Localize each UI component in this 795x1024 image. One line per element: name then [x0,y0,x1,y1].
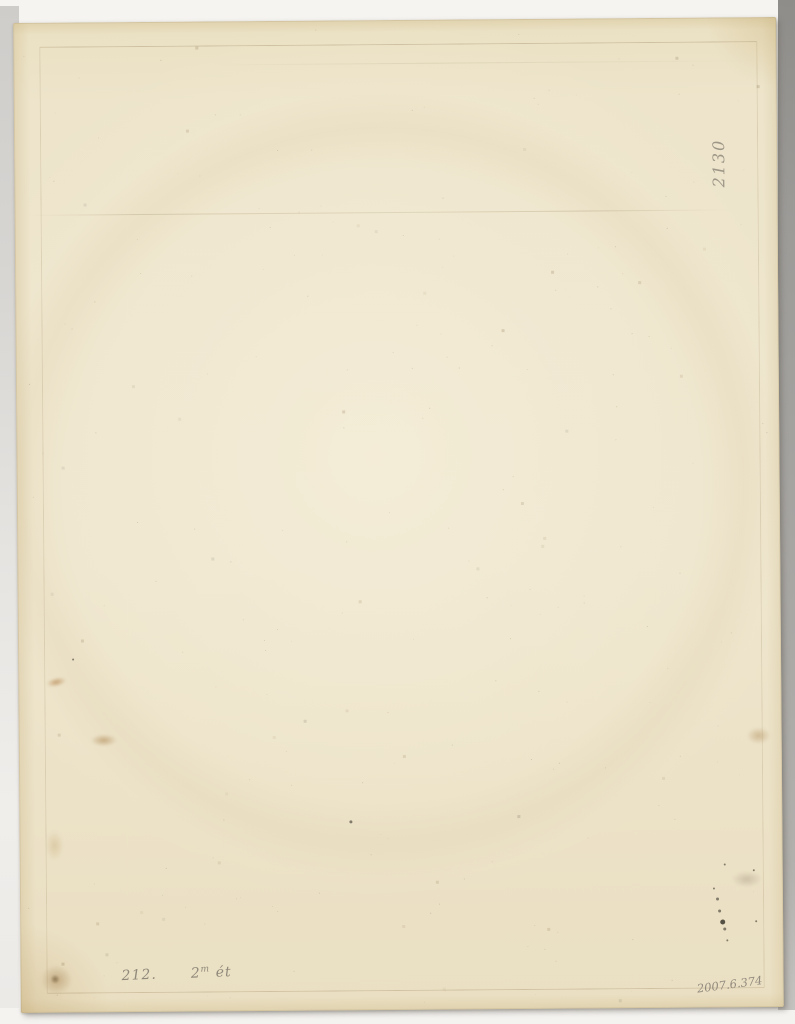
ink-speck [724,863,726,865]
ink-speck [349,820,352,823]
paper-sheet-verso: 2130 212. 2m ét 2007.6.374 [13,17,784,1013]
ink-speck [718,909,721,912]
foxing-stain [51,975,60,984]
foxing-stain [45,831,63,861]
ink-speck [723,927,726,930]
inscription-state-notation: 2m ét [190,963,232,981]
ink-speck [755,920,757,922]
ink-speck [716,897,719,900]
ink-speck [720,919,725,924]
foxing-stain [747,727,771,744]
ink-speck [72,659,74,661]
pencil-inscription-upper-right: 2130 [709,139,728,188]
ink-speck [713,888,715,890]
inscription-number: 212. [121,967,157,985]
platemark-indentation [39,41,764,994]
photo-backdrop: 2130 212. 2m ét 2007.6.374 [0,0,795,1024]
ink-speck [753,869,755,871]
ink-speck-cluster [13,23,14,24]
ink-speck [726,939,728,941]
